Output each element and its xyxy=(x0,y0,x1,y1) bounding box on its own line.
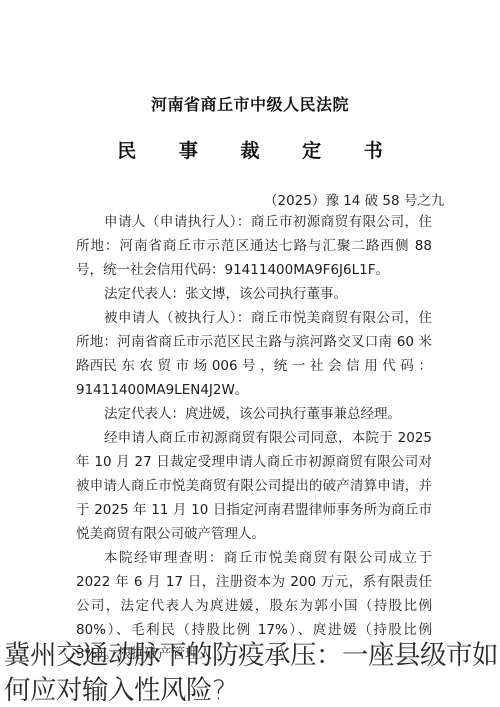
respondent-legal-rep-paragraph: 法定代表人：庹进媛，该公司执行董事兼总经理。 xyxy=(76,402,432,426)
document-type-title: 民 事 裁 定 书 xyxy=(0,136,500,163)
document-body: 申请人（申请执行人）：商丘市初源商贸有限公司，住所地：河南省商丘市示范区通达七路… xyxy=(76,210,432,666)
applicant-legal-rep-paragraph: 法定代表人：张文博，该公司执行董事。 xyxy=(76,282,432,306)
case-number: （2025）豫 14 破 58 号之九 xyxy=(264,189,444,209)
overlay-caption: 冀州交通动脉下的防疫承压：一座县级市如何应对输入性风险? xyxy=(4,638,500,707)
document-page: 河南省商丘市中级人民法院 民 事 裁 定 书 （2025）豫 14 破 58 号… xyxy=(0,0,500,707)
court-name: 河南省商丘市中级人民法院 xyxy=(0,92,500,115)
acceptance-paragraph: 经申请人商丘市初源商贸有限公司同意，本院于 2025 年 10 月 27 日裁定… xyxy=(76,426,432,546)
respondent-paragraph: 被申请人（被执行人）：商丘市悦美商贸有限公司，住所地：河南省商丘市示范区民主路与… xyxy=(76,306,432,402)
applicant-paragraph: 申请人（申请执行人）：商丘市初源商贸有限公司，住所地：河南省商丘市示范区通达七路… xyxy=(76,210,432,282)
